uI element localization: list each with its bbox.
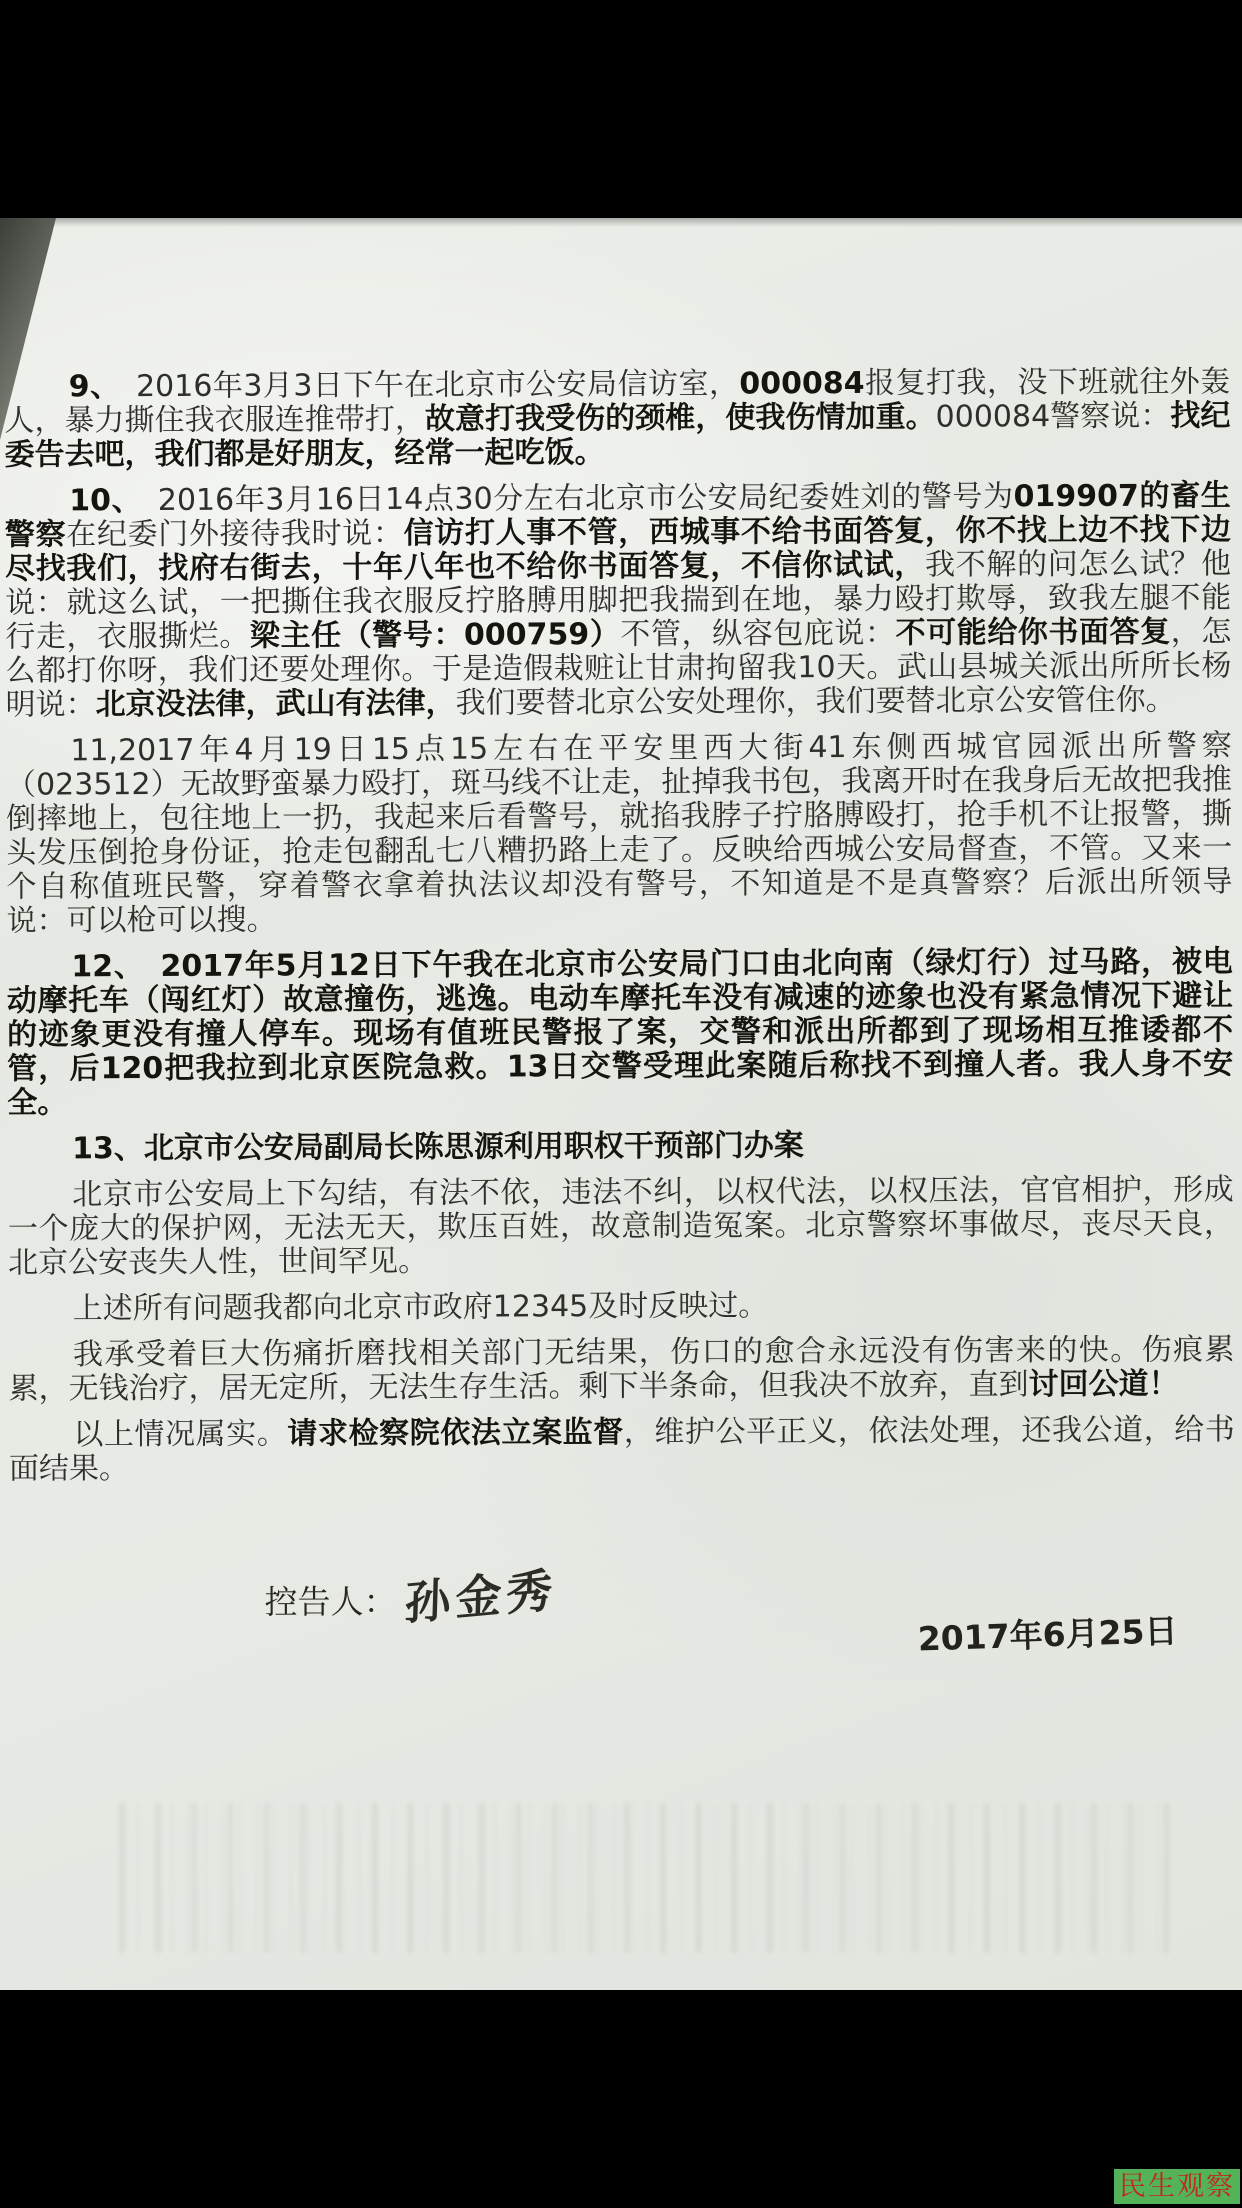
text-segment: 梁主任（警号：000759） <box>250 617 621 654</box>
paragraph: 上述所有问题我都向北京市政府12345及时反映过。 <box>8 1287 1234 1326</box>
paragraph: 13、北京市公安局副局长陈思源利用职权干预部门办案 <box>7 1127 1233 1166</box>
paragraph: 10、 2016年3月16日14点30分左右北京市公安局纪委姓刘的警号为0199… <box>5 479 1232 722</box>
bottom-letterbox: 民生观察 <box>0 1990 1242 2208</box>
signature-label: 控告人： <box>264 1582 396 1622</box>
text-segment: 2016年3月16日14点30分左右北京市公安局纪委姓刘的警号为 <box>127 479 1014 518</box>
document-text: 9、 2016年3月3日下午在北京市公安局信访室，000084报复打我，没下班就… <box>4 365 1236 1668</box>
paragraph: 12、 2017年5月12日下午我在北京市公安局门口由北向南（绿灯行）过马路，被… <box>7 945 1234 1120</box>
text-segment: 我们要替北京公安处理你，我们要替北京公安管住你。 <box>456 683 1176 721</box>
date-line: 2017年6月25日 <box>10 1612 1236 1686</box>
signature-name-handwritten: 孙金秀 <box>404 1572 557 1620</box>
text-segment: 2017年5月12日下午我在北京市公安局门口由北向南（绿灯行）过马路，被电动摩托… <box>7 944 1233 1120</box>
text-segment: 北京市公安局上下勾结，有法不依，违法不纠，以权代法，以权压法，官官相护，形成一个… <box>8 1172 1234 1280</box>
text-segment: 故意打我受伤的颈椎，使我伤情加重。 <box>425 400 936 437</box>
photo-paper: 9、 2016年3月3日下午在北京市公安局信访室，000084报复打我，没下班就… <box>0 218 1242 1990</box>
document-body: 9、 2016年3月3日下午在北京市公安局信访室，000084报复打我，没下班就… <box>4 365 1235 1486</box>
text-segment: 11,2017年4月19日15点15左右在平安里西大街41东侧西城官园派出所警察… <box>6 728 1233 938</box>
text-segment: 请求检察院依法立案监督 <box>287 1415 624 1451</box>
paper-top-edge <box>0 218 1242 227</box>
watermark-badge: 民生观察 <box>1114 2169 1240 2204</box>
paragraph: 北京市公安局上下勾结，有法不依，违法不纠，以权代法，以权压法，官官相护，形成一个… <box>8 1173 1234 1280</box>
text-segment: 讨回公道！ <box>1029 1367 1179 1403</box>
text-segment: 000084 <box>739 366 864 402</box>
text-segment: 000084警察说： <box>936 399 1171 435</box>
paragraph: 11,2017年4月19日15点15左右在平安里西大街41东侧西城官园派出所警察… <box>6 729 1233 938</box>
text-segment: 10、 <box>69 483 127 518</box>
paragraph: 以上情况属实。请求检察院依法立案监督，维护公平正义，依法处理，还我公道，给书面结… <box>9 1413 1235 1486</box>
top-letterbox <box>0 0 1242 218</box>
text-segment: 北京没法律，武山有法律， <box>96 686 456 723</box>
text-segment: 13、北京市公安局副局长陈思源利用职权干预部门办案 <box>72 1128 804 1166</box>
text-segment: 上述所有问题我都向北京市政府12345及时反映过。 <box>73 1288 769 1326</box>
text-segment: 9、 <box>69 369 106 404</box>
paragraph: 我承受着巨大伤痛折磨找相关部门无结果，伤口的愈合永远没有伤害来的快。伤痕累累，无… <box>8 1333 1234 1406</box>
text-segment: 2016年3月3日下午在北京市公安局信访室， <box>105 366 739 404</box>
paragraph: 9、 2016年3月3日下午在北京市公安局信访室，000084报复打我，没下班就… <box>4 365 1230 472</box>
text-segment: 12、 <box>71 949 130 984</box>
text-segment: 不管，纵容包庇说： <box>620 616 895 652</box>
text-segment: 在纪委门外接待我时说： <box>66 516 403 552</box>
paper-smudge <box>120 1803 1172 1953</box>
text-segment: 以上情况属实。 <box>73 1416 287 1452</box>
text-segment: 不可能给你书面答复 <box>896 615 1171 651</box>
